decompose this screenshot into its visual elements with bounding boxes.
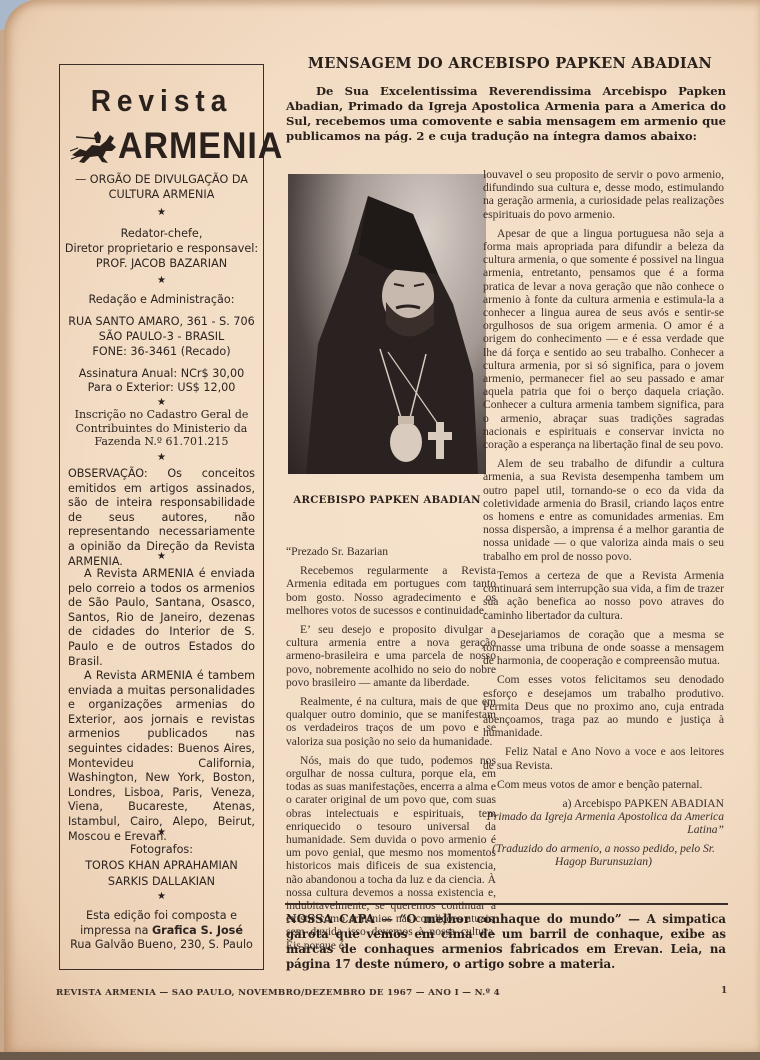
- star-divider: ★: [60, 397, 263, 408]
- article-paragraph: louvavel o seu proposito de servir o pov…: [483, 168, 724, 221]
- cover-note: NOSSA CAPA — “O melhor conhaque do mundo…: [286, 912, 726, 972]
- photo-caption: ARCEBISPO PAPKEN ABADIAN: [288, 494, 486, 506]
- print-info: Esta edição foi composta e impressa na G…: [68, 909, 255, 953]
- article-column-left: “Prezado Sr. Bazarian Recebemos regularm…: [286, 545, 496, 958]
- address-line2: SÃO PAULO-3 - BRASIL: [68, 330, 255, 345]
- phone-number: FONE: 36-3461 (Recado): [68, 345, 255, 360]
- page-number: 1: [721, 986, 727, 996]
- signature-line: a) Arcebispo PAPKEN ABADIAN: [483, 797, 724, 810]
- star-divider: ★: [60, 827, 263, 838]
- article-paragraph: Com esses votos felicitamos seu denodado…: [483, 673, 724, 739]
- page-footer: REVISTA ARMENIA — SAO PAULO, NOVEMBRO/DE…: [56, 988, 500, 998]
- admin-label: Redação e Administração:: [68, 293, 255, 308]
- subscription-abroad: Para o Exterior: US$ 12,00: [68, 381, 255, 396]
- horseman-emblem-icon: [70, 129, 122, 165]
- article-paragraph: Realmente, é na cultura, mais de que em …: [286, 695, 496, 748]
- article-intro: De Sua Excelentissima Reverendissima Arc…: [286, 84, 726, 144]
- article-paragraph: Com meus votos de amor e benção paternal…: [483, 778, 724, 791]
- observation-label: OBSERVAÇÃO:: [68, 467, 148, 480]
- distribution-paragraph-2: A Revista ARMENIA é tambem enviada a mui…: [68, 669, 255, 844]
- photographer-1: TOROS KHAN APRAHAMIAN: [68, 859, 255, 874]
- masthead-logo-row: ARMENIA: [68, 125, 258, 169]
- masthead-box: Revista ARMENIA — ORGÃO DE DIVULGAÇÃO DA…: [59, 64, 264, 970]
- article-paragraph: Desejariamos de coração que a mesma se t…: [483, 628, 724, 668]
- editor-label: Redator-chefe,: [68, 227, 255, 242]
- page-bottom-edge: [0, 1052, 760, 1060]
- article-paragraph: Feliz Natal e Ano Novo a voce e aos leit…: [483, 745, 724, 771]
- star-divider: ★: [60, 891, 263, 902]
- signature-block: a) Arcebispo PAPKEN ABADIAN Primado da I…: [483, 797, 724, 868]
- portrait-illustration: [288, 174, 486, 474]
- photographers-label: Fotografos:: [68, 843, 255, 858]
- salutation: “Prezado Sr. Bazarian: [286, 545, 496, 558]
- print-company: Grafica S. José: [152, 924, 243, 937]
- article-paragraph: Recebemos regularmente a Revista Armenia…: [286, 564, 496, 617]
- print-address: Rua Galvão Bueno, 230, S. Paulo: [70, 938, 253, 951]
- article-paragraph: Alem de seu trabalho de difundir a cultu…: [483, 457, 724, 563]
- translation-note: (Traduzido do armenio, a nosso pedido, p…: [492, 842, 715, 868]
- masthead-title-armenia: ARMENIA: [118, 125, 283, 167]
- signature-title: Primado da Igreja Armenia Apostolica da …: [487, 810, 724, 836]
- star-divider: ★: [60, 452, 263, 463]
- star-divider: ★: [60, 275, 263, 286]
- article-column-right: louvavel o seu proposito de servir o pov…: [483, 168, 724, 868]
- star-divider: ★: [60, 207, 263, 218]
- article-paragraph: Temos a certeza de que a Revista Armenia…: [483, 569, 724, 622]
- star-divider: ★: [60, 551, 263, 562]
- section-divider: [285, 903, 728, 905]
- distribution-paragraph-1: A Revista ARMENIA é enviada pelo correio…: [68, 567, 255, 669]
- editor-name: PROF. JACOB BAZARIAN: [68, 257, 255, 272]
- address-line1: RUA SANTO AMARO, 361 - S. 706: [62, 315, 261, 330]
- masthead-title-revista: Revista: [60, 83, 263, 118]
- masthead-subtitle: — ORGÃO DE DIVULGAÇÃO DA CULTURA ARMENIA: [68, 173, 255, 202]
- archbishop-portrait-photo: [288, 174, 486, 474]
- article-paragraph: E’ seu desejo e proposito divulgar a cul…: [286, 623, 496, 689]
- subscription-annual: Assinatura Anual: NCr$ 30,00: [68, 367, 255, 382]
- article-paragraph: Apesar de que a lingua portuguesa não se…: [483, 227, 724, 451]
- photographer-2: SARKIS DALLAKIAN: [68, 875, 255, 890]
- editor-role: Diretor proprietario e responsavel:: [62, 242, 261, 257]
- registration-text: Inscrição no Cadastro Geral de Contribui…: [68, 408, 255, 449]
- article-headline: MENSAGEM DO ARCEBISPO PAPKEN ABADIAN: [300, 55, 720, 72]
